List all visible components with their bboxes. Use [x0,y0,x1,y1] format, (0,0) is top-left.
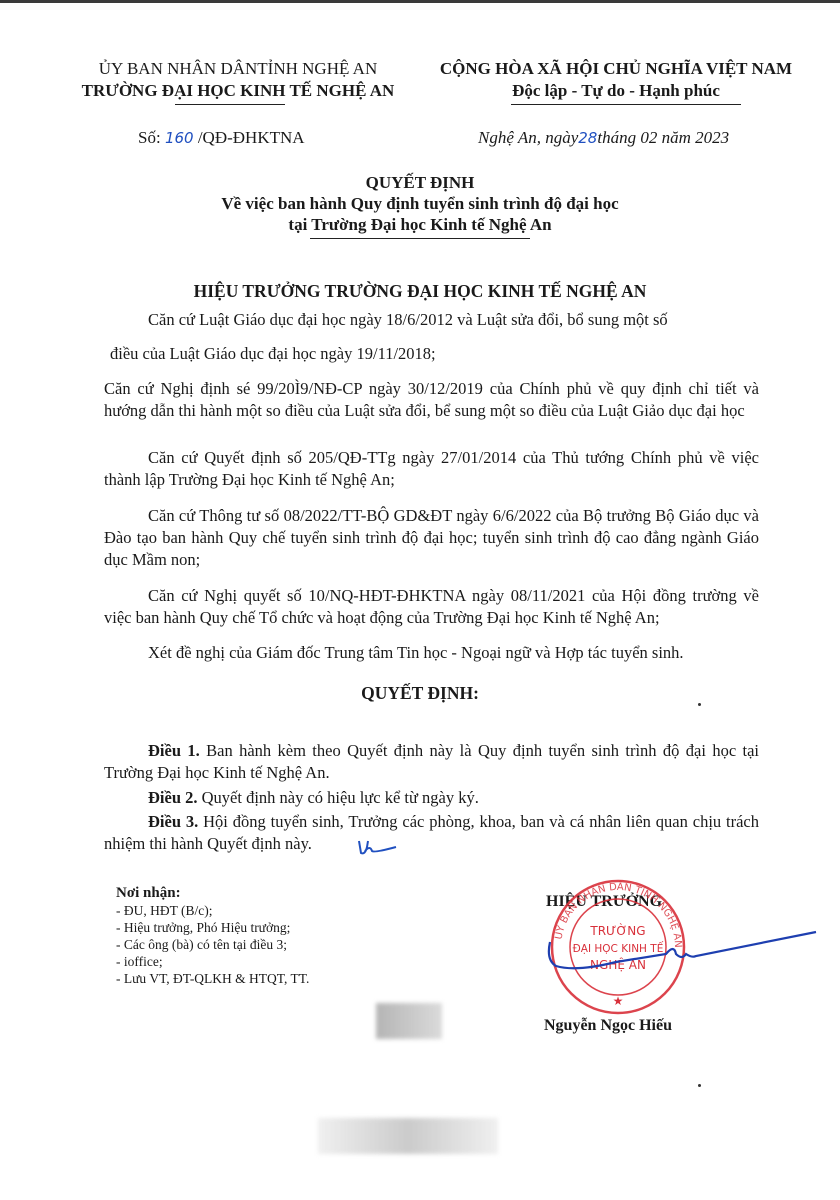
recipient-item: - ioffice; [116,953,309,970]
recipient-item: - ĐU, HĐT (B/c); [116,902,309,919]
initials-mark-icon [356,837,400,859]
title-type: QUYẾT ĐỊNH [180,172,660,193]
title-subject-2: tại Trường Đại học Kinh tế Nghệ An [180,214,660,235]
divider [310,238,530,239]
document-number: Số: 160 /QĐ-ĐHKTNA [138,128,305,148]
article-label: Điều 2. [148,788,198,807]
preamble-paragraph: điều của Luật Giáo dục đại học ngày 19/1… [110,343,765,365]
preamble-paragraph: Căn cứ Luật Giáo dục đại học ngày 18/6/2… [104,309,759,331]
preamble-paragraph: Căn cứ Nghị định sé 99/20Ì9/NĐ-CP ngày 3… [104,378,759,422]
recipient-item: - Lưu VT, ĐT-QLKH & HTQT, TT. [116,970,309,987]
preamble-paragraph: Căn cứ Nghị quyết số 10/NQ-HĐT-ĐHKTNA ng… [104,585,759,629]
title-subject-1: Về việc ban hành Quy định tuyển sinh trì… [180,193,660,214]
article-1: Điều 1. Ban hành kèm theo Quyết định này… [104,740,759,784]
handwritten-day: 28 [578,129,597,147]
scan-speck [698,1084,701,1087]
preamble-paragraph: Căn cứ Quyết định số 205/QĐ-TTg ngày 27/… [104,447,759,491]
article-text: Hội đồng tuyển sinh, Trưởng các phòng, k… [104,812,759,853]
signing-authority-heading: HIỆU TRƯỞNG TRƯỜNG ĐẠI HỌC KINH TẾ NGHỆ … [100,281,740,302]
document-title: QUYẾT ĐỊNH Về việc ban hành Quy định tuy… [180,172,660,239]
redacted-mark [318,1118,498,1154]
recipient-item: - Các ông (bà) có tên tại điều 3; [116,936,309,953]
university-name: TRƯỜNG ĐẠI HỌC KINH TẾ NGHỆ AN [78,80,398,102]
article-text: Ban hành kèm theo Quyết định này là Quy … [104,741,759,782]
article-text: Quyết định này có hiệu lực kể từ ngày ký… [198,788,479,807]
recipient-item: - Hiệu trưởng, Phó Hiệu trưởng; [116,919,309,936]
divider [511,104,741,105]
document-date: Nghệ An, ngày28tháng 02 năm 2023 [478,128,729,148]
redacted-mark [376,1003,442,1039]
scan-edge [0,0,840,3]
signer-name: Nguyễn Ngọc Hiếu [544,1017,672,1035]
date-suffix: tháng 02 năm 2023 [597,128,729,147]
recipients-heading: Nơi nhận: [116,885,309,902]
recipients-list: Nơi nhận: - ĐU, HĐT (B/c); - Hiệu trưởng… [116,885,309,987]
preamble-paragraph: Xét đề nghị của Giám đốc Trung tâm Tin h… [104,642,759,664]
article-2: Điều 2. Quyết định này có hiệu lực kể từ… [104,787,759,809]
doc-number-suffix: /QĐ-ĐHKTNA [194,128,305,147]
signature-scribble-icon [546,930,826,990]
article-3: Điều 3. Hội đồng tuyển sinh, Trưởng các … [104,811,759,855]
svg-text:★: ★ [613,994,624,1008]
motto: Độc lập - Tự do - Hạnh phúc [424,80,808,102]
national-header: CỘNG HÒA XÃ HỘI CHỦ NGHĨA VIỆT NAM Độc l… [424,58,808,105]
doc-number-prefix: Số: [138,128,165,147]
date-prefix: Nghệ An, ngày [478,128,578,147]
province-committee: ỦY BAN NHÂN DÂNTỈNH NGHỆ AN [78,58,398,80]
divider [175,104,285,105]
decision-heading: QUYẾT ĐỊNH: [100,683,740,704]
article-label: Điều 3. [148,812,198,831]
scan-speck [698,703,701,706]
handwritten-number: 160 [165,129,194,147]
article-label: Điều 1. [148,741,200,760]
country-name: CỘNG HÒA XÃ HỘI CHỦ NGHĨA VIỆT NAM [424,58,808,80]
issuing-authority: ỦY BAN NHÂN DÂNTỈNH NGHỆ AN TRƯỜNG ĐẠI H… [78,58,398,105]
preamble-paragraph: Căn cứ Thông tư số 08/2022/TT-BỘ GD&ĐT n… [104,505,759,571]
